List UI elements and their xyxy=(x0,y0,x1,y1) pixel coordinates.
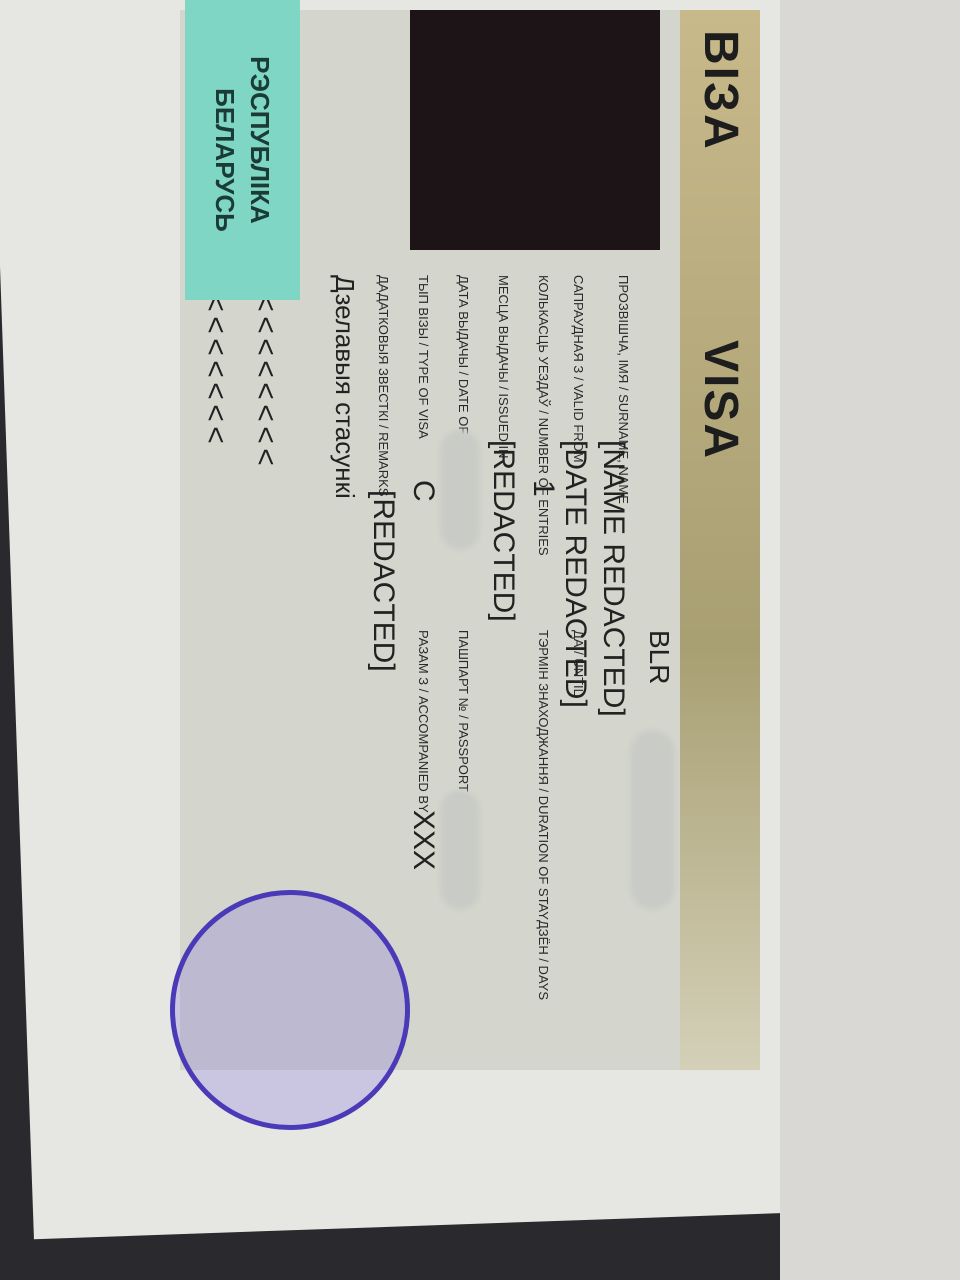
country-code: BLR xyxy=(643,630,675,684)
label-type-of-visa: ТЫП ВІЗЫ / TYPE OF VISA xyxy=(416,275,430,439)
issuing-state-line-2: БЕЛАРУСЬ xyxy=(209,60,240,260)
label-days: ДЗЁН / DAYS xyxy=(536,920,550,1000)
holder-photo-redacted xyxy=(410,10,660,250)
value-issued-in: [REDACTED] xyxy=(486,440,520,622)
label-remarks: ДАДАТКОВЫЯ ЗВЕСТКІ / REMARKS xyxy=(376,275,390,496)
label-issued-in: МЕСЦА ВЫДАЧЫ / ISSUED IN xyxy=(496,275,510,458)
redacted-passport-no xyxy=(440,790,480,910)
label-until: ДА / UNTIL xyxy=(571,630,585,696)
label-passport-no: ПАШПАРТ № / PASSPORT № xyxy=(456,630,470,809)
header-visa: VISA xyxy=(693,340,748,460)
consular-stamp xyxy=(170,890,410,1130)
issuing-state-label: РЭСПУБЛІКА БЕЛАРУСЬ xyxy=(185,0,300,300)
label-valid-from: САПРАУДНАЯ З / VALID FROM xyxy=(571,275,585,463)
header-viza: ВІЗА xyxy=(693,30,748,151)
label-duration: ТЭРМІН ЗНАХОДЖАННЯ / DURATION OF STAY xyxy=(536,630,550,920)
redacted-visa-number xyxy=(630,730,675,910)
value-remarks: [REDACTED] xyxy=(366,490,400,672)
label-entries: КОЛЬКАСЦЬ УЕЗДАЎ / NUMBER OF ENTRIES xyxy=(536,275,550,556)
value-type-of-visa: C xyxy=(406,480,440,502)
redacted-date-of-issue xyxy=(440,430,480,550)
value-accompanied-by: XXX xyxy=(406,810,440,870)
label-accompanied-by: РАЗАМ З / ACCOMPANIED BY xyxy=(416,630,430,813)
visa-header-band: ВІЗА VISA xyxy=(680,10,760,1070)
value-remarks-line2: Дзелавыя стасункі xyxy=(329,275,360,499)
value-surname-name: [NAME REDACTED] xyxy=(596,440,630,717)
issuing-state-line-1: РЭСПУБЛІКА xyxy=(244,30,275,250)
value-entries: 1 xyxy=(526,480,560,497)
